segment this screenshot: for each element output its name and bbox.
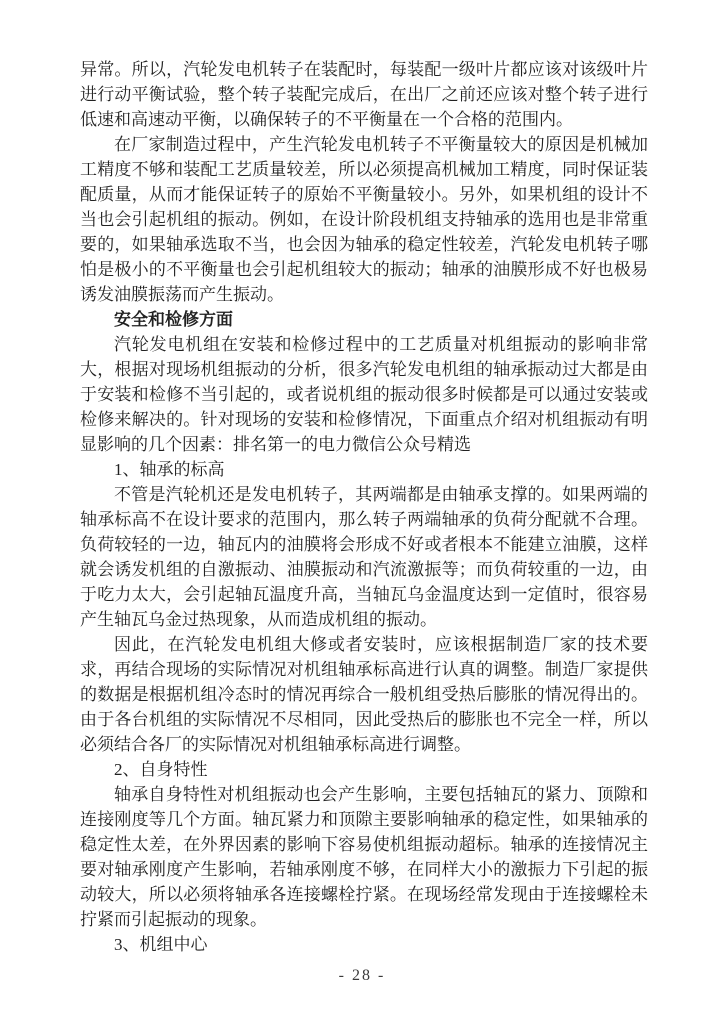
- page-number: - 28 -: [0, 966, 724, 986]
- subheading-unit-center: 3、机组中心: [80, 932, 648, 957]
- document-page: 异常。所以，汽轮发电机转子在装配时，每装配一级叶片都应该对该级叶片进行动平衡试验…: [0, 0, 724, 1024]
- subheading-bearing-elevation: 1、轴承的标高: [80, 457, 648, 482]
- paragraph: 轴承自身特性对机组振动也会产生影响，主要包括轴瓦的紧力、顶隙和连接刚度等几个方面…: [80, 782, 648, 932]
- paragraph: 不管是汽轮机还是发电机转子，其两端都是由轴承支撑的。如果两端的轴承标高不在设计要…: [80, 482, 648, 632]
- section-heading: 安全和检修方面: [80, 307, 648, 332]
- document-body: 异常。所以，汽轮发电机转子在装配时，每装配一级叶片都应该对该级叶片进行动平衡试验…: [80, 57, 648, 957]
- paragraph: 因此，在汽轮发电机组大修或者安装时，应该根据制造厂家的技术要求，再结合现场的实际…: [80, 632, 648, 757]
- paragraph: 在厂家制造过程中，产生汽轮发电机转子不平衡量较大的原因是机械加工精度不够和装配工…: [80, 132, 648, 307]
- paragraph-continuation: 异常。所以，汽轮发电机转子在装配时，每装配一级叶片都应该对该级叶片进行动平衡试验…: [80, 57, 648, 132]
- subheading-bearing-characteristics: 2、自身特性: [80, 757, 648, 782]
- paragraph: 汽轮发电机组在安装和检修过程中的工艺质量对机组振动的影响非常大，根据对现场机组振…: [80, 332, 648, 457]
